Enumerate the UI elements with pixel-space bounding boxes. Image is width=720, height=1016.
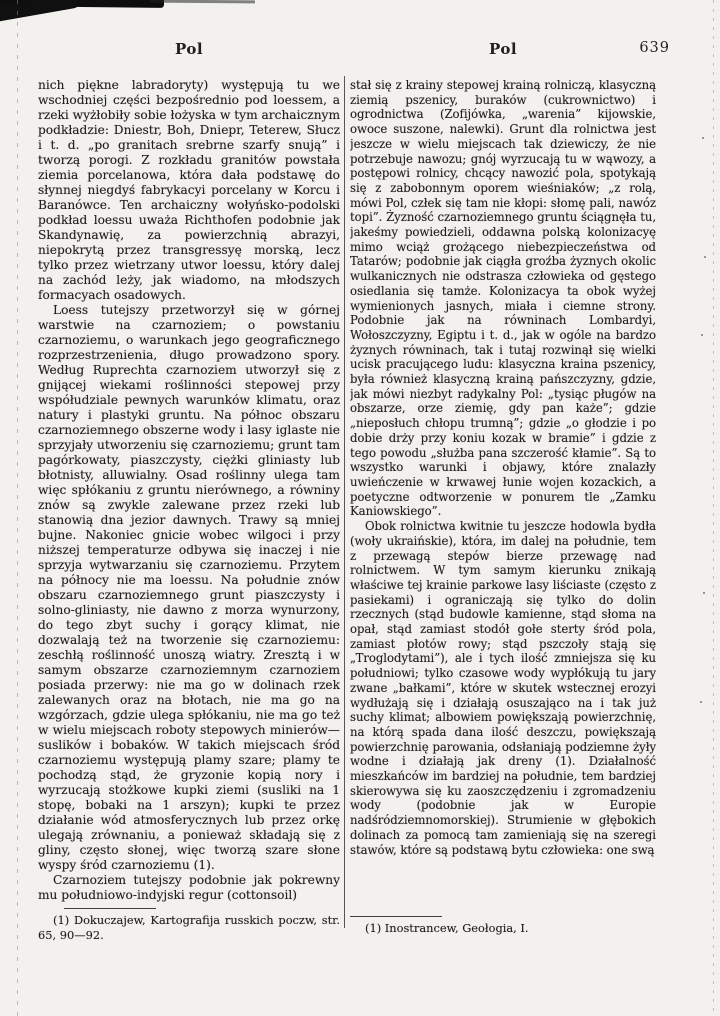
scan-speck (702, 137, 704, 139)
scan-speck (703, 592, 705, 594)
scan-edge-line-left (17, 0, 18, 1016)
paragraph: Obok rolnictwa kwitnie tu jeszcze hodowl… (350, 519, 656, 857)
page-header: Pol Pol 639 (38, 40, 656, 60)
scan-edge-line-right (713, 0, 714, 1016)
footnote-text: (1) Dokuczajew, Kartografija russkich po… (38, 913, 340, 942)
scan-smudge (150, 0, 255, 3)
scan-speck (700, 701, 702, 703)
scan-speck (701, 334, 703, 336)
page-number: 639 (639, 40, 670, 56)
paragraph: stał się z krainy stepowej krainą rolnic… (350, 78, 656, 519)
footnote-text: (1) Inostrancew, Geołogia, I. (350, 921, 656, 936)
footnote-separator (64, 908, 156, 909)
paragraph: Czarnoziem tutejszy podobnie jak pokrewn… (38, 873, 340, 903)
scanned-page: Pol Pol 639 nich piękne labradoryty) wys… (0, 0, 720, 1016)
left-column: nich piękne labradoryty) występują tu we… (38, 78, 340, 906)
footnote-separator (350, 916, 442, 917)
column-divider-rule (344, 76, 345, 928)
right-column: stał się z krainy stepowej krainą rolnic… (350, 78, 656, 912)
scan-smudge (0, 0, 79, 22)
footnote: (1) Inostrancew, Geołogia, I. (350, 916, 656, 936)
footnote: (1) Dokuczajew, Kartografija russkich po… (38, 908, 340, 942)
paragraph: nich piękne labradoryty) występują tu we… (38, 78, 340, 303)
scan-speck (704, 256, 706, 258)
paragraph: Loess tutejszy przetworzył się w górnej … (38, 303, 340, 873)
running-title-right: Pol (350, 40, 656, 58)
running-title-left: Pol (38, 40, 340, 58)
